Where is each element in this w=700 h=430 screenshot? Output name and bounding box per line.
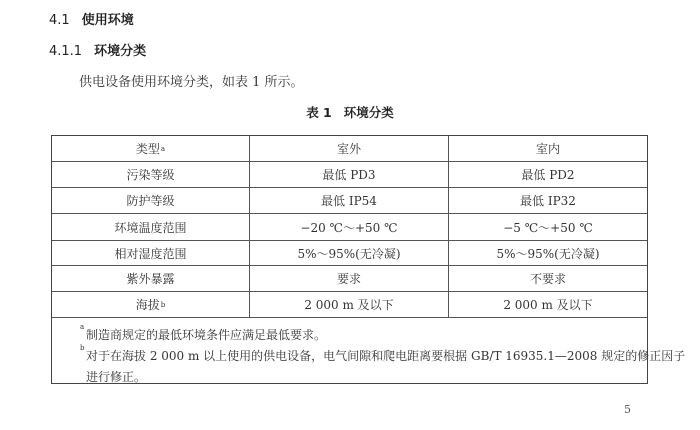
cell-indoor: 最低 PD2 — [449, 162, 647, 187]
cell-outdoor: 最低 IP54 — [250, 188, 449, 213]
section-title: 使用环境 — [82, 13, 134, 28]
footnote-mark: a — [80, 323, 84, 331]
cell-type: 紫外暴露 — [52, 266, 250, 291]
header-cell-indoor: 室内 — [449, 136, 647, 161]
cell-indoor: 2 000 m 及以下 — [449, 292, 647, 317]
cell-type: 防护等级 — [52, 188, 250, 213]
cell-outdoor: 最低 PD3 — [250, 162, 449, 187]
cell-type: 海拔b — [52, 292, 250, 317]
header-cell-outdoor: 室外 — [250, 136, 449, 161]
cell-indoor: −5 ℃～+50 ℃ — [449, 214, 647, 240]
footnote-mark: b — [80, 344, 84, 352]
cell-outdoor: 要求 — [250, 266, 449, 291]
cell-outdoor: 2 000 m 及以下 — [250, 292, 449, 317]
footnote-mark: a — [161, 145, 165, 153]
cell-outdoor: 5%～95%(无冷凝) — [250, 241, 449, 265]
header-cell-type: 类型a — [52, 136, 250, 161]
page-number: 5 — [624, 403, 631, 416]
body-paragraph: 供电设备使用环境分类，如表 1 所示。 — [79, 71, 304, 90]
footnote-b: b对于在海拔 2 000 m 以上使用的供电设备，电气间隙和爬电距离要根据 GB… — [86, 347, 685, 364]
table-caption: 表 1环境分类 — [0, 103, 700, 121]
footnote-b-continued: 进行修正。 — [86, 368, 146, 385]
cell-type: 环境温度范围 — [52, 214, 250, 240]
cell-outdoor: −20 ℃～+50 ℃ — [250, 214, 449, 240]
footnote-mark: b — [161, 301, 165, 309]
cell-indoor: 5%～95%(无冷凝) — [449, 241, 647, 265]
section-heading: 4.1使用环境 — [49, 9, 134, 28]
table-row: 紫外暴露 要求 不要求 — [52, 266, 647, 292]
table-row: 防护等级 最低 IP54 最低 IP32 — [52, 188, 647, 214]
table-row: 相对湿度范围 5%～95%(无冷凝) 5%～95%(无冷凝) — [52, 241, 647, 266]
section-number: 4.1 — [49, 13, 70, 28]
footnote-a: a制造商规定的最低环境条件应满足最低要求。 — [86, 326, 326, 343]
table-caption-number: 表 1 — [306, 105, 332, 120]
cell-type: 污染等级 — [52, 162, 250, 187]
subsection-heading: 4.1.1环境分类 — [49, 40, 146, 59]
table-row: 环境温度范围 −20 ℃～+50 ℃ −5 ℃～+50 ℃ — [52, 214, 647, 241]
table-caption-title: 环境分类 — [344, 105, 394, 120]
table-header-row: 类型a 室外 室内 — [52, 136, 647, 162]
table-row: 海拔b 2 000 m 及以下 2 000 m 及以下 — [52, 292, 647, 318]
subsection-number: 4.1.1 — [49, 44, 82, 59]
environment-table: 类型a 室外 室内 污染等级 最低 PD3 最低 PD2 防护等级 最低 IP5… — [51, 135, 648, 384]
subsection-title: 环境分类 — [94, 44, 146, 59]
cell-indoor: 最低 IP32 — [449, 188, 647, 213]
cell-indoor: 不要求 — [449, 266, 647, 291]
cell-type: 相对湿度范围 — [52, 241, 250, 265]
table-row: 污染等级 最低 PD3 最低 PD2 — [52, 162, 647, 188]
